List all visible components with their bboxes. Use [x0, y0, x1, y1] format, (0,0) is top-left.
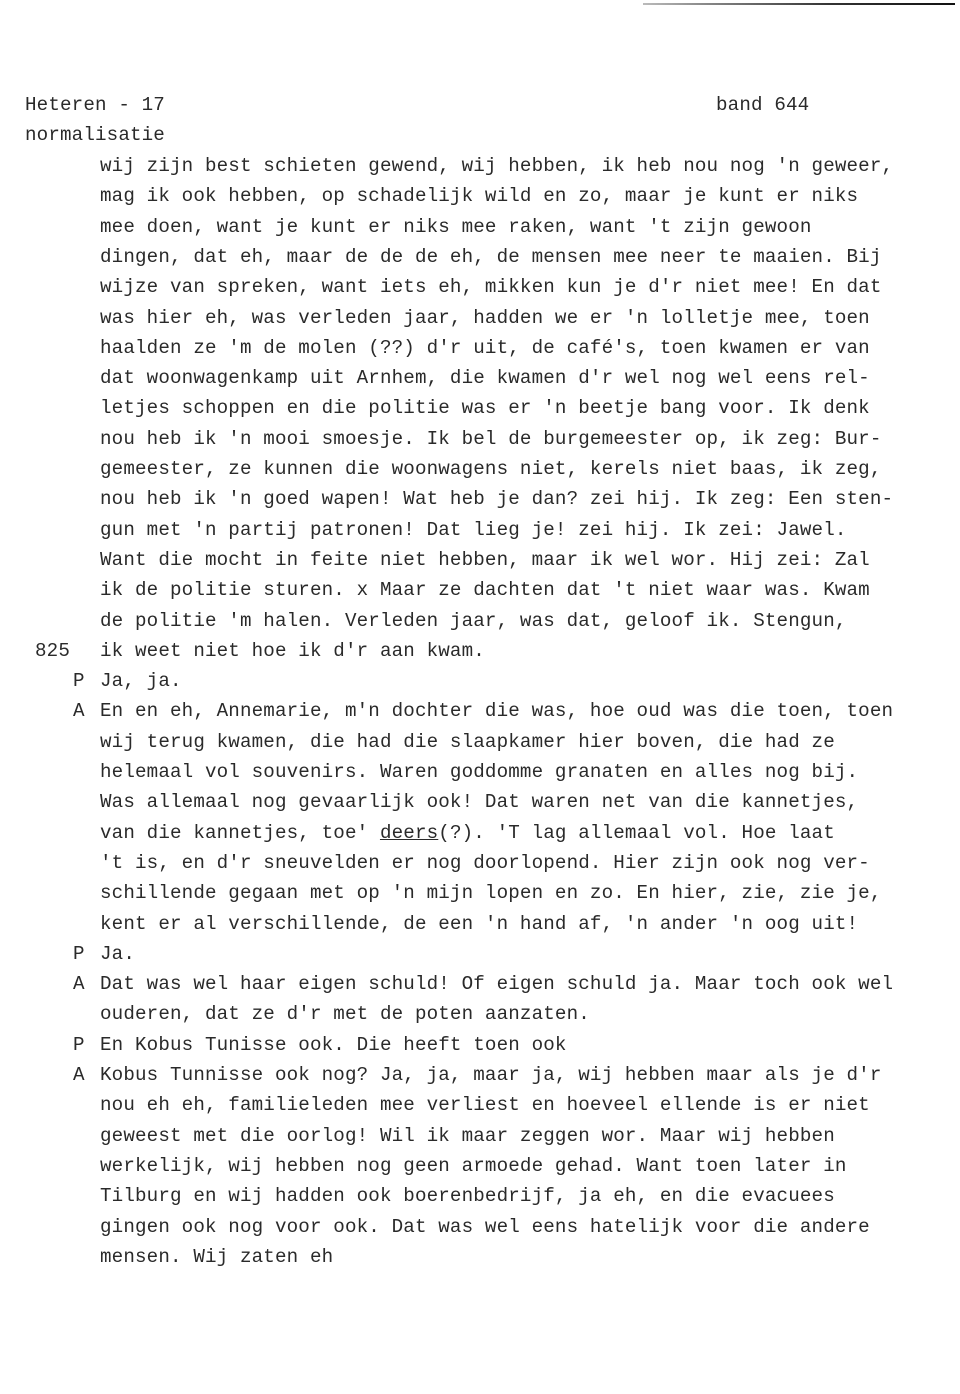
band-number: band 644 [716, 90, 809, 120]
line-text: was hier eh, was verleden jaar, hadden w… [100, 307, 870, 329]
speaker-marker: P [73, 1030, 100, 1060]
transcript-line: dingen, dat eh, maar de de de eh, de men… [100, 242, 882, 272]
transcript-line: gingen ook nog voor ook. Dat was wel een… [100, 1212, 870, 1242]
line-text: van die kannetjes, toe' [100, 822, 380, 844]
line-text: letjes schoppen en die politie was er 'n… [100, 397, 870, 419]
line-text: mensen. Wij zaten eh [100, 1246, 333, 1268]
line-text: 't is, en d'r sneuvelden er nog doorlope… [100, 852, 870, 874]
line-text: gingen ook nog voor ook. Dat was wel een… [100, 1216, 870, 1238]
line-text: mee doen, want je kunt er niks mee raken… [100, 216, 812, 238]
line-text: Ja. [100, 943, 135, 965]
line-text: dat woonwagenkamp uit Arnhem, die kwamen… [100, 367, 870, 389]
transcript-line: schillende gegaan met op 'n mijn lopen e… [100, 878, 882, 908]
transcript-line: helemaal vol souvenirs. Waren goddomme g… [100, 757, 858, 787]
line-text: helemaal vol souvenirs. Waren goddomme g… [100, 761, 858, 783]
transcript-line: gun met 'n partij patronen! Dat lieg je!… [100, 515, 847, 545]
document-subtitle: normalisatie [25, 120, 165, 150]
transcript-line: mag ik ook hebben, op schadelijk wild en… [100, 181, 858, 211]
speaker-marker: P [73, 939, 100, 969]
document-title: Heteren - 17 [25, 90, 165, 120]
line-text: Ja, ja. [100, 670, 182, 692]
line-text: wij terug kwamen, die had die slaapkamer… [100, 731, 835, 753]
transcript-line: nou heb ik 'n mooi smoesje. Ik bel de bu… [100, 424, 882, 454]
line-text: werkelijk, wij hebben nog geen armoede g… [100, 1155, 847, 1177]
transcript-line: van die kannetjes, toe' deers(?). 'T lag… [100, 818, 835, 848]
line-text: Want die mocht in feite niet hebben, maa… [100, 549, 870, 571]
line-text: Dat was wel haar eigen schuld! Of eigen … [100, 973, 893, 995]
line-text: ik weet niet hoe ik d'r aan kwam. [100, 640, 485, 662]
line-text: Kobus Tunnisse ook nog? Ja, ja, maar ja,… [100, 1064, 882, 1086]
line-text: geweest met die oorlog! Wil ik maar zegg… [100, 1125, 835, 1147]
transcript-line: gemeester, ze kunnen die woonwagens niet… [100, 454, 882, 484]
line-text: gemeester, ze kunnen die woonwagens niet… [100, 458, 882, 480]
line-text: nou heb ik 'n mooi smoesje. Ik bel de bu… [100, 428, 882, 450]
transcript-line: geweest met die oorlog! Wil ik maar zegg… [100, 1121, 835, 1151]
transcript-line: nou eh eh, familieleden mee verliest en … [100, 1090, 870, 1120]
line-text-continued: (?). 'T lag allemaal vol. Hoe laat [438, 822, 835, 844]
line-text: haalden ze 'm de molen (??) d'r uit, de … [100, 337, 870, 359]
margin-line-number: 825 [35, 636, 70, 666]
transcript-line: haalden ze 'm de molen (??) d'r uit, de … [100, 333, 870, 363]
transcript-line: mee doen, want je kunt er niks mee raken… [100, 212, 812, 242]
transcript-line: was hier eh, was verleden jaar, hadden w… [100, 303, 870, 333]
line-text: nou heb ik 'n goed wapen! Wat heb je dan… [100, 488, 893, 510]
line-text: kent er al verschillende, de een 'n hand… [100, 913, 858, 935]
line-text: wij zijn best schieten gewend, wij hebbe… [100, 155, 893, 177]
line-text: gun met 'n partij patronen! Dat lieg je!… [100, 519, 847, 541]
transcript-line: Was allemaal nog gevaarlijk ook! Dat war… [100, 787, 858, 817]
transcript-line: Tilburg en wij hadden ook boerenbedrijf,… [100, 1181, 835, 1211]
transcript-line: de politie 'm halen. Verleden jaar, was … [100, 606, 847, 636]
speaker-line: PJa, ja. [73, 666, 182, 696]
line-text: wijze van spreken, want iets eh, mikken … [100, 276, 882, 298]
speaker-line: AKobus Tunnisse ook nog? Ja, ja, maar ja… [73, 1060, 882, 1090]
underlined-word: deers [380, 822, 438, 844]
speaker-marker: A [73, 696, 100, 726]
top-scan-edge-line [643, 3, 955, 5]
speaker-line: PJa. [73, 939, 135, 969]
line-text: Was allemaal nog gevaarlijk ook! Dat war… [100, 791, 858, 813]
speaker-marker: A [73, 1060, 100, 1090]
transcript-line: ouderen, dat ze d'r met de poten aanzate… [100, 999, 590, 1029]
transcript-line: werkelijk, wij hebben nog geen armoede g… [100, 1151, 847, 1181]
line-text: nou eh eh, familieleden mee verliest en … [100, 1094, 870, 1116]
line-text: dingen, dat eh, maar de de de eh, de men… [100, 246, 882, 268]
transcript-line: nou heb ik 'n goed wapen! Wat heb je dan… [100, 484, 893, 514]
transcript-line: letjes schoppen en die politie was er 'n… [100, 393, 870, 423]
line-text: schillende gegaan met op 'n mijn lopen e… [100, 882, 882, 904]
line-text: de politie 'm halen. Verleden jaar, was … [100, 610, 847, 632]
transcript-line: ik de politie sturen. x Maar ze dachten … [100, 575, 870, 605]
line-text: ik de politie sturen. x Maar ze dachten … [100, 579, 870, 601]
transcript-line: wij terug kwamen, die had die slaapkamer… [100, 727, 835, 757]
line-text: En en eh, Annemarie, m'n dochter die was… [100, 700, 893, 722]
transcript-line: kent er al verschillende, de een 'n hand… [100, 909, 858, 939]
speaker-line: AEn en eh, Annemarie, m'n dochter die wa… [73, 696, 893, 726]
transcript-line: 't is, en d'r sneuvelden er nog doorlope… [100, 848, 870, 878]
speaker-line: PEn Kobus Tunisse ook. Die heeft toen oo… [73, 1030, 567, 1060]
speaker-line: ADat was wel haar eigen schuld! Of eigen… [73, 969, 893, 999]
line-text: En Kobus Tunisse ook. Die heeft toen ook [100, 1034, 567, 1056]
speaker-marker: A [73, 969, 100, 999]
transcript-line: Want die mocht in feite niet hebben, maa… [100, 545, 870, 575]
transcript-line: mensen. Wij zaten eh [100, 1242, 333, 1272]
speaker-marker: P [73, 666, 100, 696]
transcript-line: ik weet niet hoe ik d'r aan kwam. [100, 636, 485, 666]
transcript-line: wijze van spreken, want iets eh, mikken … [100, 272, 882, 302]
line-text: Tilburg en wij hadden ook boerenbedrijf,… [100, 1185, 835, 1207]
line-text: ouderen, dat ze d'r met de poten aanzate… [100, 1003, 590, 1025]
transcript-line: wij zijn best schieten gewend, wij hebbe… [100, 151, 893, 181]
line-text: mag ik ook hebben, op schadelijk wild en… [100, 185, 858, 207]
transcript-line: dat woonwagenkamp uit Arnhem, die kwamen… [100, 363, 870, 393]
